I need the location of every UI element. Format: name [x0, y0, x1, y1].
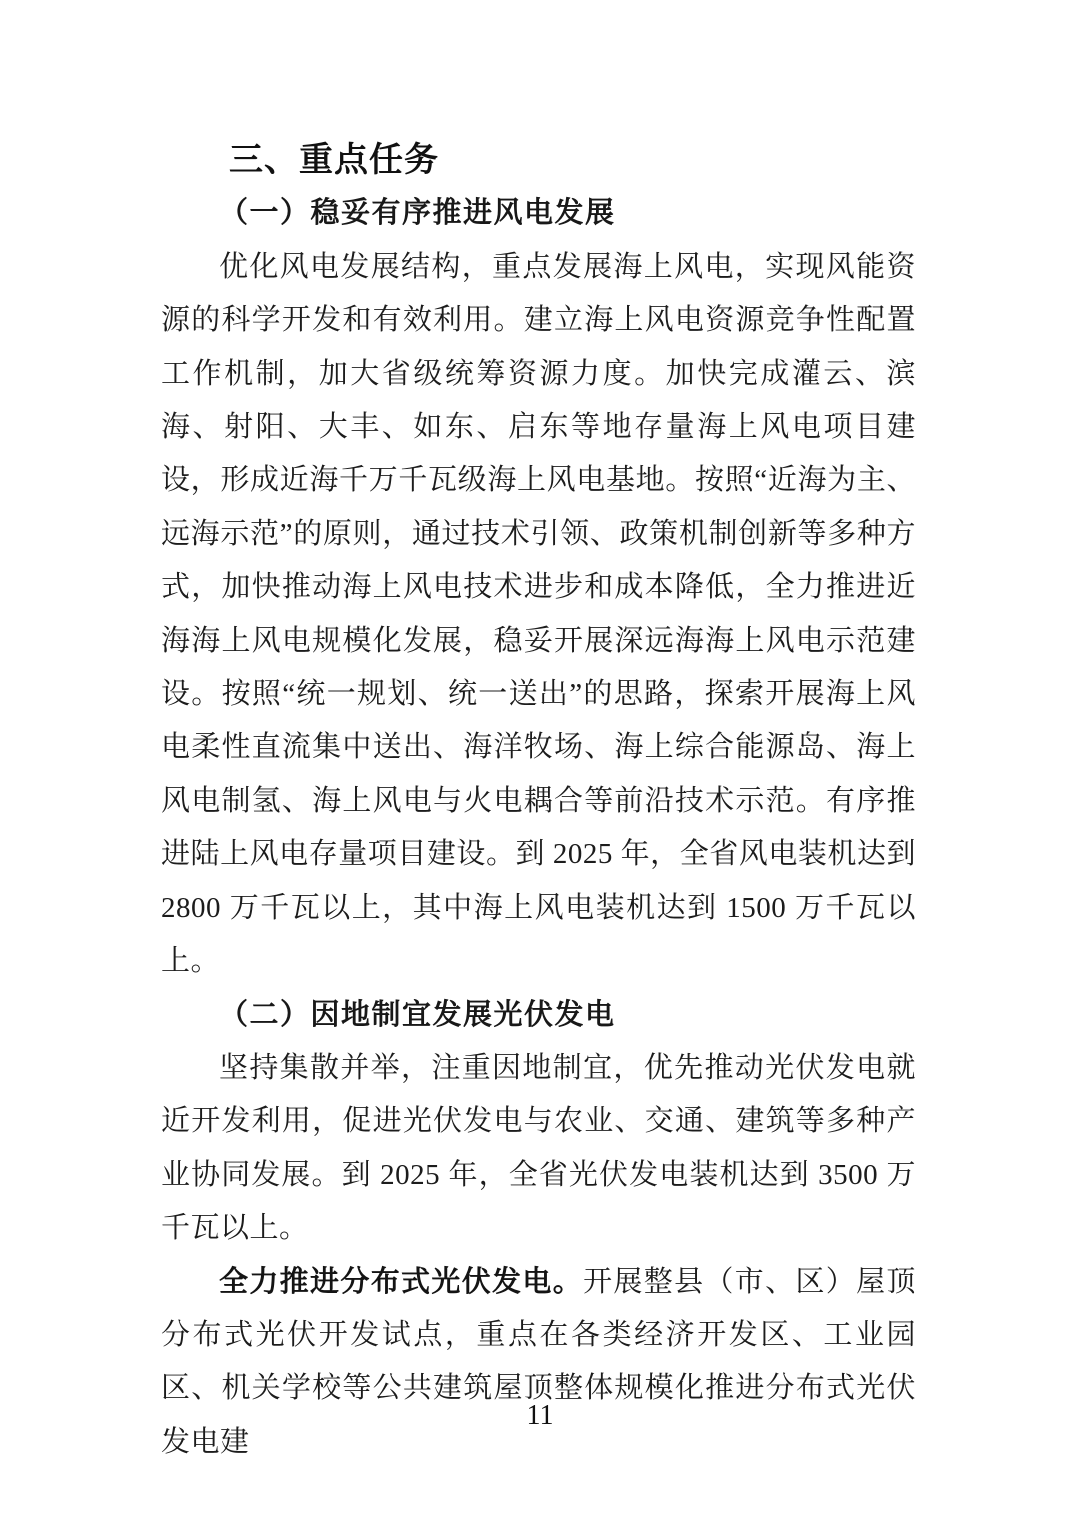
- subsection-2-paragraph-1: 坚持集散并举，注重因地制宜，优先推动光伏发电就近开发利用，促进光伏发电与农业、交…: [161, 1042, 916, 1256]
- subsection-2-heading: （二）因地制宜发展光伏发电: [161, 989, 916, 1042]
- section-heading: 三、重点任务: [161, 134, 916, 187]
- document-body: 三、重点任务 （一）稳妥有序推进风电发展 优化风电发展结构，重点发展海上风电，实…: [161, 134, 916, 1469]
- subsection-2-paragraph-2: 全力推进分布式光伏发电。开展整县（市、区）屋顶分布式光伏开发试点，重点在各类经济…: [161, 1256, 916, 1470]
- subsection-1-paragraph: 优化风电发展结构，重点发展海上风电，实现风能资源的科学开发和有效利用。建立海上风…: [161, 241, 916, 989]
- paragraph-bold-lead: 全力推进分布式光伏发电。: [219, 1266, 583, 1298]
- page-number: 11: [0, 1396, 1080, 1436]
- subsection-1-heading: （一）稳妥有序推进风电发展: [161, 187, 916, 240]
- document-page: 三、重点任务 （一）稳妥有序推进风电发展 优化风电发展结构，重点发展海上风电，实…: [0, 0, 1080, 1527]
